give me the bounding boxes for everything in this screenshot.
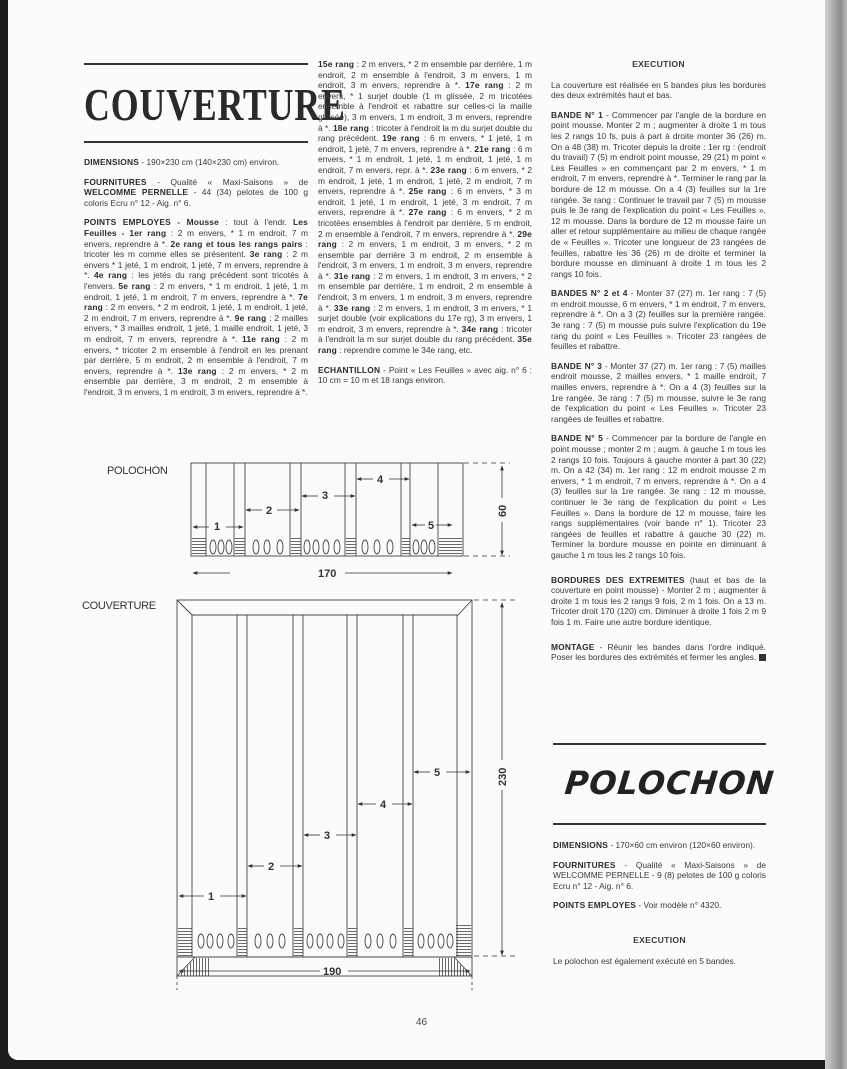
page-number: 46	[416, 1017, 427, 1028]
band-4-label: 4	[377, 474, 384, 486]
cov-band-2-label: 2	[268, 861, 274, 873]
band-3-label: 3	[322, 490, 328, 502]
cov-band-5-label: 5	[434, 767, 440, 779]
cov-band-4-label: 4	[380, 799, 387, 811]
polochon-diagram: 1 2 3 4 5 170 60	[0, 0, 847, 1069]
polochon-width-label: 170	[318, 568, 336, 580]
couverture-height-label: 230	[497, 768, 509, 786]
cov-band-3-label: 3	[324, 830, 330, 842]
polochon-height-label: 60	[497, 505, 509, 517]
band-5-label: 5	[428, 520, 434, 532]
band-2-label: 2	[266, 505, 272, 517]
couverture-width-label: 190	[323, 966, 341, 978]
band-1-label: 1	[214, 521, 220, 533]
cov-band-1-label: 1	[208, 891, 214, 903]
